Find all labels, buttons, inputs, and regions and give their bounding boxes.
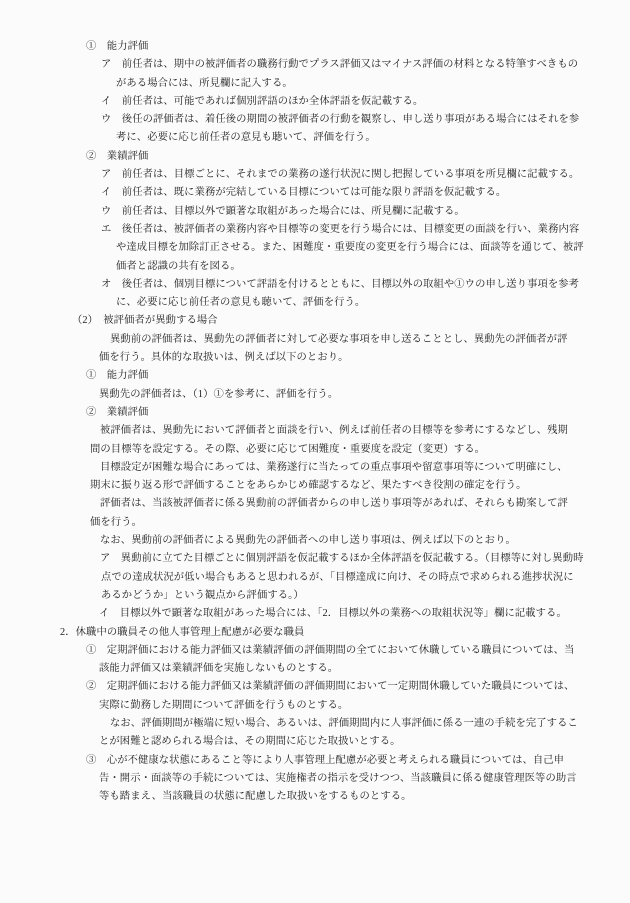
text-line: 異動先の評価者は、（1）①を参考に、評価を行う。 (99, 386, 630, 404)
text-line: 目標設定が困難な場合にあっては、業務遂行に当たっての重点事項や留意事項等について… (100, 459, 630, 477)
text-line: ③ 心が不健康な状態にあること等により人事管理上配慮が必要と考えられる職員につい… (86, 752, 630, 770)
text-line: （2） 被評価者が異動する場合 (72, 312, 630, 330)
text-line: に、必要に応じ前任者の意見も聴いて、評価を行う。 (116, 294, 630, 312)
text-line: なお、異動前の評価者による異動先の評価者への申し送り事項は、例えば以下のとおり。 (100, 532, 630, 550)
text-line: 被評価者は、異動先において評価者と面談を行い、例えば前任者の目標等を参考にするな… (100, 422, 630, 440)
text-line: がある場合には、所見欄に記入する。 (116, 75, 630, 93)
text-line: ② 定期評価における能力評価又は業績評価の評価期間において一定期間休職していた職… (86, 678, 630, 696)
text-line: あるかどうか」という観点から評価する。） (101, 587, 630, 605)
text-line: 評価者は、当該被評価者に係る異動前の評価者からの申し送り事項等があれば、それらも… (100, 495, 630, 513)
text-line: 価者と認識の共有を図る。 (116, 258, 630, 276)
text-line: ① 定期評価における能力評価又は業績評価の評価期間の全てにおいて休職している職員… (86, 642, 630, 660)
text-line: ウ 後任の評価者は、着任後の期間の被評価者の行動を観察し、申し送り事項がある場合… (101, 111, 630, 129)
text-line: ① 能力評価 (86, 367, 630, 385)
text-line: ア 前任者は、期中の被評価者の職務行動でプラス評価又はマイナス評価の材料となる特… (101, 56, 630, 74)
text-line: 告・開示・面談等の手続については、実施権者の指示を受けつつ、当該職員に係る健康管… (99, 770, 630, 788)
text-line: 該能力評価又は業績評価を実施しないものとする。 (99, 660, 630, 678)
text-line: ① 能力評価 (86, 38, 630, 56)
text-line: や達成目標を加除訂正させる。また、困難度・重要度の変更を行う場合には、面談等を通… (116, 239, 630, 257)
text-line: 2．休職中の職員その他人事管理上配慮が必要な職員 (60, 624, 630, 642)
text-line: とが困難と認められる場合は、その期間に応じた取扱いとする。 (99, 733, 630, 751)
text-line: 等も踏まえ、当該職員の状態に配慮した取扱いをするものとする。 (99, 788, 630, 806)
text-line: ア 前任者は、目標ごとに、それまでの業務の遂行状況に関し把握している事項を所見欄… (101, 166, 630, 184)
text-line: 期末に振り返る形で評価することをあらかじめ確認するなど、果たすべき役割の確定を行… (90, 477, 630, 495)
text-line: イ 前任者は、可能であれば個別評語のほか全体評語を仮記載する。 (101, 93, 630, 111)
text-line: 価を行う。具体的な取扱いは、例えば以下のとおり。 (99, 349, 630, 367)
text-line: 考に、必要に応じ前任者の意見も聴いて、評価を行う。 (116, 129, 630, 147)
text-line: ② 業績評価 (86, 404, 630, 422)
text-line: なお、評価期間が極端に短い場合、あるいは、評価期間内に人事評価に係る一連の手続を… (110, 715, 630, 733)
document-text: ① 能力評価ア 前任者は、期中の被評価者の職務行動でプラス評価又はマイナス評価の… (0, 38, 630, 806)
text-line: オ 後任者は、個別目標について評語を付けるとともに、目標以外の取組や①ウの申し送… (101, 276, 630, 294)
text-line: エ 後任者は、被評価者の業務内容や目標等の変更を行う場合には、目標変更の面談を行… (101, 221, 630, 239)
text-line: イ 前任者は、既に業務が完結している目標については可能な限り評語を仮記載する。 (101, 184, 630, 202)
text-line: 価を行う。 (90, 514, 630, 532)
text-line: 点での達成状況が低い場合もあると思われるが、「目標達成に向け、その時点で求められ… (101, 569, 630, 587)
text-line: ② 業績評価 (86, 148, 630, 166)
text-line: 間の目標等を設定する。その際、必要に応じて困難度・重要度を設定（変更）する。 (90, 441, 630, 459)
text-line: ア 異動前に立てた目標ごとに個別評語を仮記載するほか全体評語を仮記載する。（目標… (100, 550, 630, 568)
text-line: ウ 前任者は、目標以外で顕著な取組があった場合には、所見欄に記載する。 (101, 203, 630, 221)
text-line: 実際に勤務した期間について評価を行うものとする。 (99, 697, 630, 715)
text-line: 異動前の評価者は、異動先の評価者に対して必要な事項を申し送ることとし、異動先の評… (110, 331, 630, 349)
document-page: ① 能力評価ア 前任者は、期中の被評価者の職務行動でプラス評価又はマイナス評価の… (0, 0, 630, 903)
text-line: イ 目標以外で顕著な取組があった場合には、「2．目標以外の業務への取組状況等」欄… (99, 605, 630, 623)
